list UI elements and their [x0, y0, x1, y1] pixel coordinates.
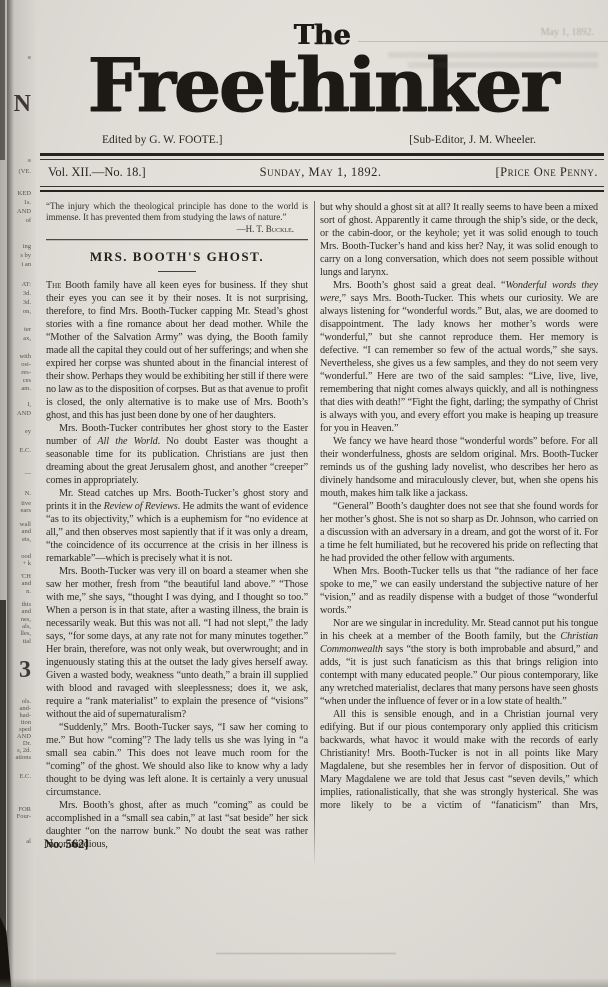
epigraph: “The injury which the theological princi…	[46, 201, 308, 223]
gutter-text-fragment: ets,	[22, 536, 31, 543]
gutter-text-fragment: i an	[21, 261, 31, 268]
page-bottom-edge	[0, 978, 608, 987]
gutter-text-fragment: this	[22, 601, 31, 608]
gutter-text-fragment: I,	[27, 401, 31, 408]
bleed-through-rule	[358, 41, 608, 42]
article-paragraph: but why should a ghost sit at all? It re…	[320, 201, 598, 279]
gutter-text-fragment: and-	[19, 705, 31, 712]
gutter-text-fragment: 'CH	[21, 573, 31, 580]
issue-date: Sunday, May 1, 1892.	[260, 165, 382, 180]
gutter-text-fragment: E.C.	[19, 773, 31, 780]
scanned-newspaper-page: ≡N≡(VE.KED1s.ANDofings byi anAT:3d.3d.on…	[0, 0, 608, 987]
gutter-text-fragment: ≡	[27, 158, 31, 165]
gutter-text-fragment: N.	[25, 490, 31, 497]
gutter-text-fragment: 3d.	[23, 290, 31, 297]
article-columns: “The injury which the theological princi…	[36, 192, 608, 921]
article-paragraph: Mr. Stead catches up Mrs. Booth-Tucker’s…	[46, 487, 308, 565]
article-paragraph: Mrs. Booth-Tucker contributes her ghost …	[46, 422, 308, 487]
gutter-text-fragment: s, 2d.	[17, 747, 31, 754]
spine-shadow	[7, 0, 14, 987]
sub-editor-credit: [Sub-Editor, J. M. Wheeler.	[409, 134, 536, 146]
gutter-text-fragment: and	[22, 608, 31, 615]
gutter-text-fragment: wall	[20, 521, 31, 528]
gutter-text-fragment: Dr.	[23, 740, 31, 747]
column-divider-rule	[314, 201, 315, 866]
gutter-text-fragment: N	[14, 92, 31, 116]
gutter-text-fragment: tion	[21, 719, 31, 726]
gutter-text-fragment: als,	[22, 623, 31, 630]
bleed-through-text	[388, 52, 598, 58]
gutter-text-fragment: (VE.	[19, 168, 31, 175]
masthead-title: Freethinker	[36, 46, 608, 126]
volume-number: Vol. XII.—No. 18.]	[48, 165, 146, 180]
gutter-text-fragment: ood	[21, 553, 31, 560]
binding-gutter: ≡N≡(VE.KED1s.ANDofings byi anAT:3d.3d.on…	[0, 0, 36, 987]
gutter-text-fragment: tive	[21, 500, 31, 507]
gutter-text-fragment: tial	[23, 638, 31, 645]
headline-rule	[158, 271, 196, 272]
gutter-text-fragment: and	[22, 580, 31, 587]
gutter-text-fragment: nes,	[21, 616, 31, 623]
masthead: The Freethinker Edited by G. W. FOOTE.] …	[36, 0, 608, 146]
gutter-text-fragment: FOR	[18, 806, 31, 813]
newspaper-page: May 1, 1892. The Freethinker Edited by G…	[36, 0, 608, 987]
right-column: but why should a ghost sit at all? It re…	[320, 201, 598, 921]
gutter-text-fragment: ces	[23, 377, 31, 384]
gutter-text-fragment: ax,	[23, 335, 31, 342]
article-paragraph: All this is sensible enough, and in a Ch…	[320, 708, 598, 812]
gutter-text-fragment: ears	[21, 507, 31, 514]
gutter-text-fragment: 3d.	[23, 299, 31, 306]
gutter-text-fragment: ols.	[22, 698, 31, 705]
article-paragraph: “General” Booth’s daughter does not see …	[320, 500, 598, 565]
gutter-text-fragment: res-	[21, 369, 31, 376]
masthead-rule	[40, 153, 604, 160]
gutter-text-fragment: + k	[22, 560, 31, 567]
article-paragraph: The Booth family have all keen eyes for …	[46, 279, 308, 422]
scan-smudge	[216, 953, 396, 954]
article-paragraph: Mrs. Booth-Tucker was very ill on board …	[46, 565, 308, 721]
gutter-text-fragment: E.C.	[19, 447, 31, 454]
left-column: “The injury which the theological princi…	[46, 201, 308, 921]
article-paragraph: Nor are we singular in incredulity. Mr. …	[320, 617, 598, 708]
gutter-text-fragment: osi-	[21, 361, 31, 368]
spine-edge-top	[0, 0, 5, 160]
gutter-text-fragment: had-	[19, 712, 31, 719]
gutter-text-fragment: lles,	[20, 630, 31, 637]
gutter-text-fragment: ter	[24, 326, 31, 333]
gutter-text-fragment: sped	[19, 726, 31, 733]
article-paragraph: “Suddenly,” Mrs. Booth-Tucker says, “I s…	[46, 721, 308, 799]
gutter-text-fragment: AND	[17, 733, 31, 740]
gutter-text-fragment: s by	[20, 252, 31, 259]
gutter-text-fragment: and	[22, 528, 31, 535]
gutter-text-fragment: ey	[25, 428, 31, 435]
gutter-text-fragment: with	[19, 353, 31, 360]
gutter-text-fragment: ≡	[27, 55, 31, 62]
gutter-text-fragment: KED	[18, 190, 31, 197]
gutter-text-fragment: of	[26, 217, 31, 224]
gutter-text-fragment: on,	[23, 308, 31, 315]
article-paragraph: Mrs. Booth’s ghost said a great deal. “W…	[320, 279, 598, 435]
gutter-text-fragment: Four-	[17, 813, 31, 820]
gutter-text-fragment: ations	[15, 754, 31, 761]
article-paragraph: We fancy we have heard those “wonderful …	[320, 435, 598, 500]
editor-credit: Edited by G. W. FOOTE.]	[102, 134, 222, 146]
gutter-text-fragment: n.	[26, 588, 31, 595]
editor-line: Edited by G. W. FOOTE.] [Sub-Editor, J. …	[36, 126, 608, 146]
price: [Price One Penny.	[496, 165, 598, 180]
right-column-body: but why should a ghost sit at all? It re…	[320, 201, 598, 812]
epigraph-attribution: —H. T. Buckle.	[46, 223, 308, 234]
gutter-text-fragment: al	[26, 838, 31, 845]
gutter-text-fragment: AND	[17, 208, 31, 215]
gutter-text-fragment: 1s.	[24, 199, 31, 206]
gutter-text-fragment: 3	[19, 658, 31, 682]
epigraph-rule	[46, 239, 308, 240]
gutter-text-fragment: am.	[21, 385, 31, 392]
gutter-text-fragment: AND	[17, 410, 31, 417]
issue-footer-number: No. 562]	[44, 837, 88, 852]
dateline: Vol. XII.—No. 18.] Sunday, May 1, 1892. …	[36, 160, 608, 184]
left-column-body: The Booth family have all keen eyes for …	[46, 279, 308, 851]
gutter-text-fragment: AT:	[22, 281, 31, 288]
gutter-text-fragment: ing	[23, 243, 31, 250]
bleed-through-text	[408, 62, 598, 68]
bleed-through-date: May 1, 1892.	[541, 27, 594, 38]
gutter-text-fragment: —	[25, 470, 32, 477]
article-paragraph: When Mrs. Booth-Tucker tells us that “th…	[320, 565, 598, 617]
article-headline: MRS. BOOTH'S GHOST.	[46, 249, 308, 265]
